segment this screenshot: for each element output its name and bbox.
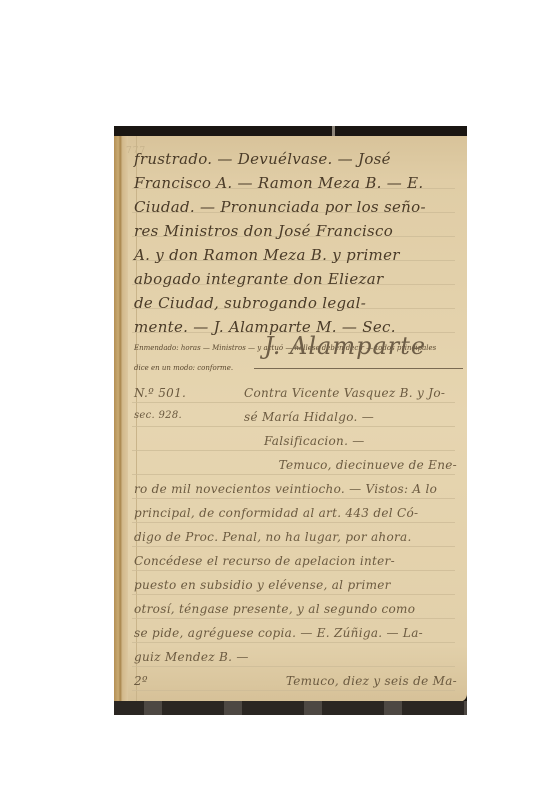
text-line: se pide, agréguese copia. — E. Zúñiga. —… [134,626,457,640]
parties-line: Contra Vicente Vasquez B. y Jo- [244,386,457,400]
document-photo: 777 frustrado. — Devuélvase. — José Fran… [114,126,467,715]
signature: J. Alamparte [264,332,426,360]
ledger-page: 777 frustrado. — Devuélvase. — José Fran… [114,136,467,702]
rule-line [132,570,455,571]
text-line: guiz Mendez B. — [134,650,457,664]
text-line: abogado integrante don Eliezar [134,270,457,288]
text-line: frustrado. — Devuélvase. — José [134,150,457,168]
rule-line [132,498,455,499]
rule-line [132,522,455,523]
case-subject: Falsificacion. — [264,434,457,448]
bottom-strip [114,701,467,715]
rule-line [132,402,455,403]
parties-line: sé María Hidalgo. — [244,410,457,424]
rule-line [132,594,455,595]
text-line: res Ministros don José Francisco [134,222,457,240]
text-line: de Ciudad, subrogando legal- [134,294,457,312]
text-line: Temuco, diecinueve de Ene- [134,458,457,472]
case-number: N.º 501. [134,386,204,400]
text-line: Concédese el recurso de apelacion inter- [134,554,457,568]
text-line: otrosí, téngase presente, y al segundo c… [134,602,457,616]
text-line: A. y don Ramon Meza B. y primer [134,246,457,264]
text-line: puesto en subsidio y elévense, al primer [134,578,457,592]
rule-line [132,450,455,451]
rule-line [132,546,455,547]
signature-line [254,368,463,369]
rule-line [132,642,455,643]
rule-line [132,690,455,691]
rule-line [132,426,455,427]
text-line: Temuco, diez y seis de Ma- [134,674,457,688]
rule-line [132,474,455,475]
text-line: digo de Proc. Penal, no ha lugar, por ah… [134,530,457,544]
text-line: ro de mil novecientos veintiocho. — Vist… [134,482,457,496]
text-line: Ciudad. — Pronunciada por los seño- [134,198,457,216]
text-line: principal, de conformidad al art. 443 de… [134,506,457,520]
rule-line [132,618,455,619]
text-line: Francisco A. — Ramon Meza B. — E. [134,174,457,192]
case-reference: sec. 928. [134,410,204,421]
rule-line [132,666,455,667]
